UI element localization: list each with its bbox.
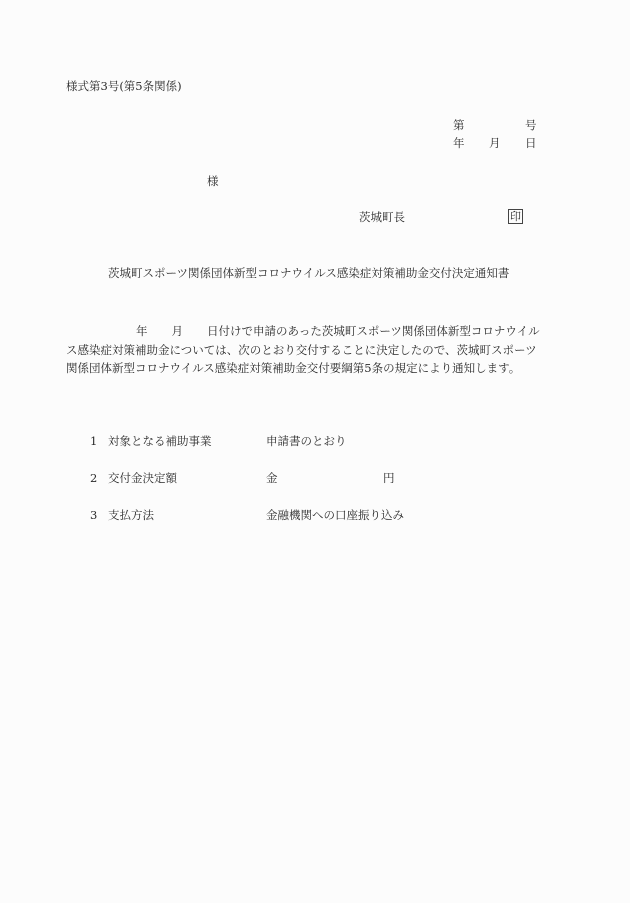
issuer: 茨城町長 xyxy=(359,212,405,224)
date-month: 月 xyxy=(489,138,501,150)
date-year: 年 xyxy=(453,138,465,150)
item-number: 3 xyxy=(90,510,97,522)
item-number: 1 xyxy=(90,436,97,448)
item-label: 対象となる補助事業 xyxy=(108,436,212,448)
number-prefix: 第 xyxy=(453,120,465,132)
form-id: 様式第3号(第5条関係) xyxy=(66,81,182,93)
item-value: 申請書のとおり xyxy=(266,436,347,448)
list-item: 1 対象となる補助事業 申請書のとおり xyxy=(90,436,490,450)
addressee: 様 xyxy=(207,176,219,188)
list-item: 3 支払方法 金融機関への口座振り込み xyxy=(90,510,490,524)
item-label: 交付金決定額 xyxy=(108,473,177,485)
body-year: 年 xyxy=(136,324,148,338)
body-paragraph: 年月日付けで申請のあった茨城町スポーツ関係団体新型コロナウイルス感染症対策補助金… xyxy=(66,322,548,378)
item-label: 支払方法 xyxy=(108,510,154,522)
seal-mark: 印 xyxy=(508,209,523,224)
number-suffix: 号 xyxy=(525,120,537,132)
item-value: 金 xyxy=(266,473,278,485)
list-item: 2 交付金決定額 金 円 xyxy=(90,473,490,487)
item-value: 金融機関への口座振り込み xyxy=(266,510,404,522)
item-unit: 円 xyxy=(383,473,395,485)
date-day: 日 xyxy=(525,138,537,150)
body-month: 月 xyxy=(172,324,184,338)
document-title: 茨城町スポーツ関係団体新型コロナウイルス感染症対策補助金交付決定通知書 xyxy=(108,268,509,280)
item-number: 2 xyxy=(90,473,97,485)
